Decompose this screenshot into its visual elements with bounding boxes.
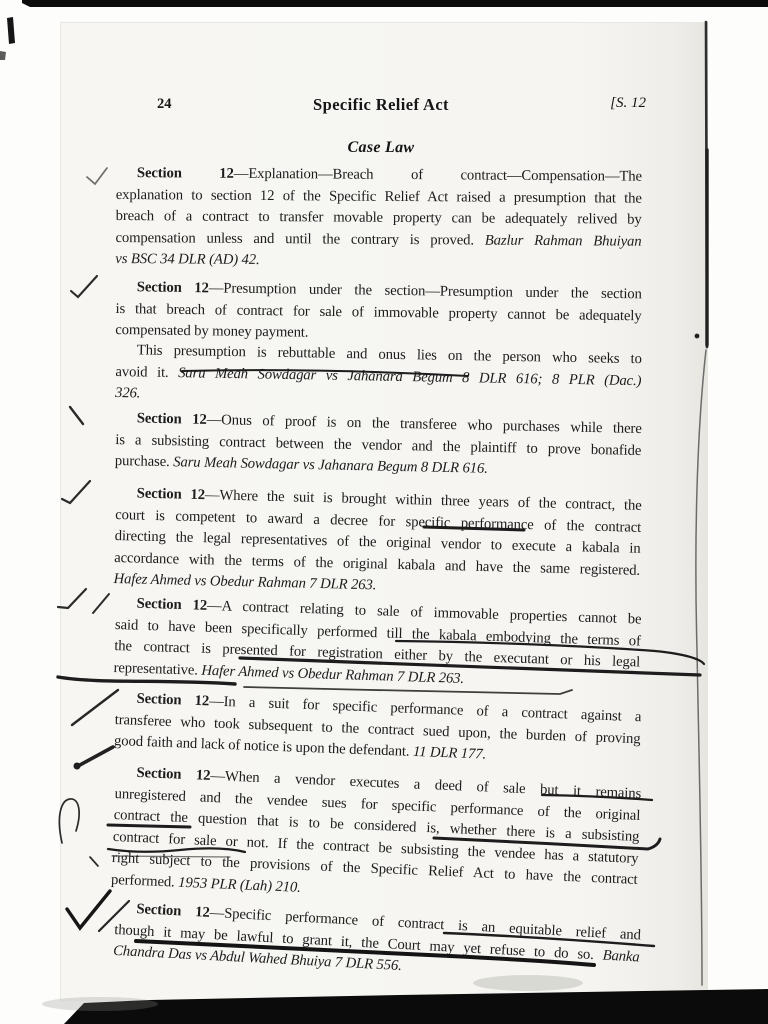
section-label: Section 12 xyxy=(136,596,207,614)
text-line: breach of a contract to transfer movable… xyxy=(116,206,642,231)
text-line: Section 12—Explanation—Breach of contrac… xyxy=(116,163,642,188)
case-note-6: Section 12—A contract relating to sale o… xyxy=(113,593,641,695)
running-title: Specific Relief Act xyxy=(116,95,646,115)
case-note-4: Section 12—Onus of proof is on the trans… xyxy=(115,408,642,484)
section-reference: [S. 12 xyxy=(610,95,646,112)
section-label: Section 12 xyxy=(136,691,209,710)
body-text: explanation to section 12 of the Specifi… xyxy=(116,186,642,206)
case-note-1: Section 12—Explanation—Breach of contrac… xyxy=(115,163,642,274)
section-label: Section 12 xyxy=(137,410,207,427)
section-label: Section 12 xyxy=(137,165,234,182)
body-text: purchase. xyxy=(115,453,174,470)
citation-text: 326. xyxy=(115,385,141,401)
scanned-book-page: 24 Specific Relief Act [S. 12 Case Law S… xyxy=(0,0,768,1024)
citation-text: 1953 PLR (Lah) 210. xyxy=(178,874,301,895)
body-text: representative. xyxy=(113,659,201,678)
case-law-heading: Case Law xyxy=(116,138,646,159)
case-note-3: This presumption is rebuttable and onus … xyxy=(115,340,642,414)
citation-text: Bazlur Rahman Bhuiyan xyxy=(485,232,642,249)
section-label: Section 12 xyxy=(137,279,209,296)
citation-text: Hafez Ahmed vs Obedur Rahman 7 DLR 263. xyxy=(113,571,376,593)
scan-mark-top-left-dash xyxy=(7,17,15,44)
body-text: breach of a contract to transfer movable… xyxy=(116,208,642,228)
body-text: avoid it. xyxy=(115,363,178,380)
citation-text: Banka xyxy=(602,947,640,965)
section-label: Section 12 xyxy=(137,486,206,504)
case-note-8: Section 12—When a vendor executes a deed… xyxy=(111,762,642,913)
body-text: —Presumption under the section—Presumpti… xyxy=(209,280,642,302)
page-header: 24 Specific Relief Act [S. 12 xyxy=(116,95,646,115)
scan-border-top xyxy=(22,0,768,7)
section-label: Section 12 xyxy=(136,765,210,784)
citation-text: Saru Meah Sowdagar vs Jahanara Begum 8 D… xyxy=(173,454,488,477)
citation-text: vs BSC 34 DLR (AD) 42. xyxy=(115,251,259,268)
scan-mark-left-speck xyxy=(0,51,6,60)
case-note-5: Section 12—Where the suit is brought wit… xyxy=(113,483,641,603)
body-text: compensation unless and until the contra… xyxy=(115,229,484,248)
body-text: compensated by money payment. xyxy=(115,322,308,341)
case-note-2: Section 12—Presumption under the section… xyxy=(115,277,642,349)
body-text: —Explanation—Breach of contract—Compensa… xyxy=(234,166,642,185)
text-line: vs BSC 34 DLR (AD) 42. xyxy=(115,249,641,274)
body-text: performed. xyxy=(111,871,179,890)
section-label: Section 12 xyxy=(136,901,210,921)
citation-text: 11 DLR 177. xyxy=(413,744,487,763)
